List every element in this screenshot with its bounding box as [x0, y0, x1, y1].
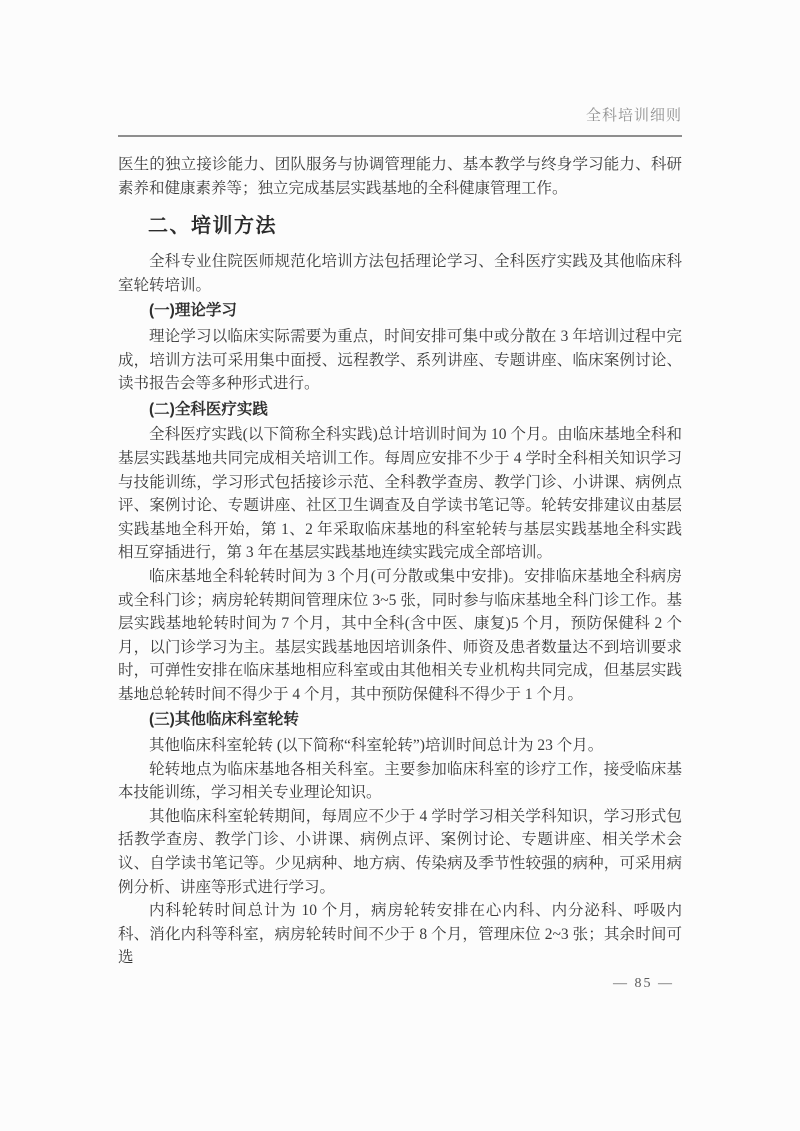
- subsection-heading-other-rotations: (三)其他临床科室轮转: [118, 708, 682, 732]
- paragraph: 其他临床科室轮转 (以下简称“科室轮转”)培训时间总计为 23 个月。: [118, 734, 682, 758]
- page-header: 全科培训细则: [118, 0, 682, 137]
- paragraph: 临床基地全科轮转时间为 3 个月(可分散或集中安排)。安排临床基地全科病房或全科…: [118, 565, 682, 707]
- subsection-heading-gp-practice: (二)全科医疗实践: [118, 398, 682, 422]
- page-footer: — 85 —: [613, 976, 674, 992]
- subsection-heading-theory-study: (一)理论学习: [118, 299, 682, 323]
- running-title: 全科培训细则: [118, 108, 682, 124]
- page-number: — 85 —: [613, 976, 674, 991]
- section-heading-training-methods: 二、培训方法: [118, 211, 682, 241]
- page-content: 医生的独立接诊能力、团队服务与协调管理能力、基本教学与终身学习能力、科研素养和健…: [118, 153, 682, 970]
- paragraph: 其他临床科室轮转期间，每周应不少于 4 学时学习相关学科知识，学习形式包括教学查…: [118, 805, 682, 899]
- document-page: 全科培训细则 医生的独立接诊能力、团队服务与协调管理能力、基本教学与终身学习能力…: [0, 0, 800, 1131]
- header-rule: [118, 135, 682, 137]
- paragraph: 全科医疗实践(以下简称全科实践)总计培训时间为 10 个月。由临床基地全科和基层…: [118, 423, 682, 565]
- paragraph: 全科专业住院医师规范化培训方法包括理论学习、全科医疗实践及其他临床科室轮转培训。: [118, 250, 682, 297]
- paragraph: 内科轮转时间总计为 10 个月，病房轮转安排在心内科、内分泌科、呼吸内科、消化内…: [118, 899, 682, 970]
- paragraph: 理论学习以临床实际需要为重点，时间安排可集中或分散在 3 年培训过程中完成，培训…: [118, 325, 682, 396]
- paragraph: 轮转地点为临床基地各相关科室。主要参加临床科室的诊疗工作，接受临床基本技能训练，…: [118, 758, 682, 805]
- paragraph-continuation: 医生的独立接诊能力、团队服务与协调管理能力、基本教学与终身学习能力、科研素养和健…: [118, 153, 682, 200]
